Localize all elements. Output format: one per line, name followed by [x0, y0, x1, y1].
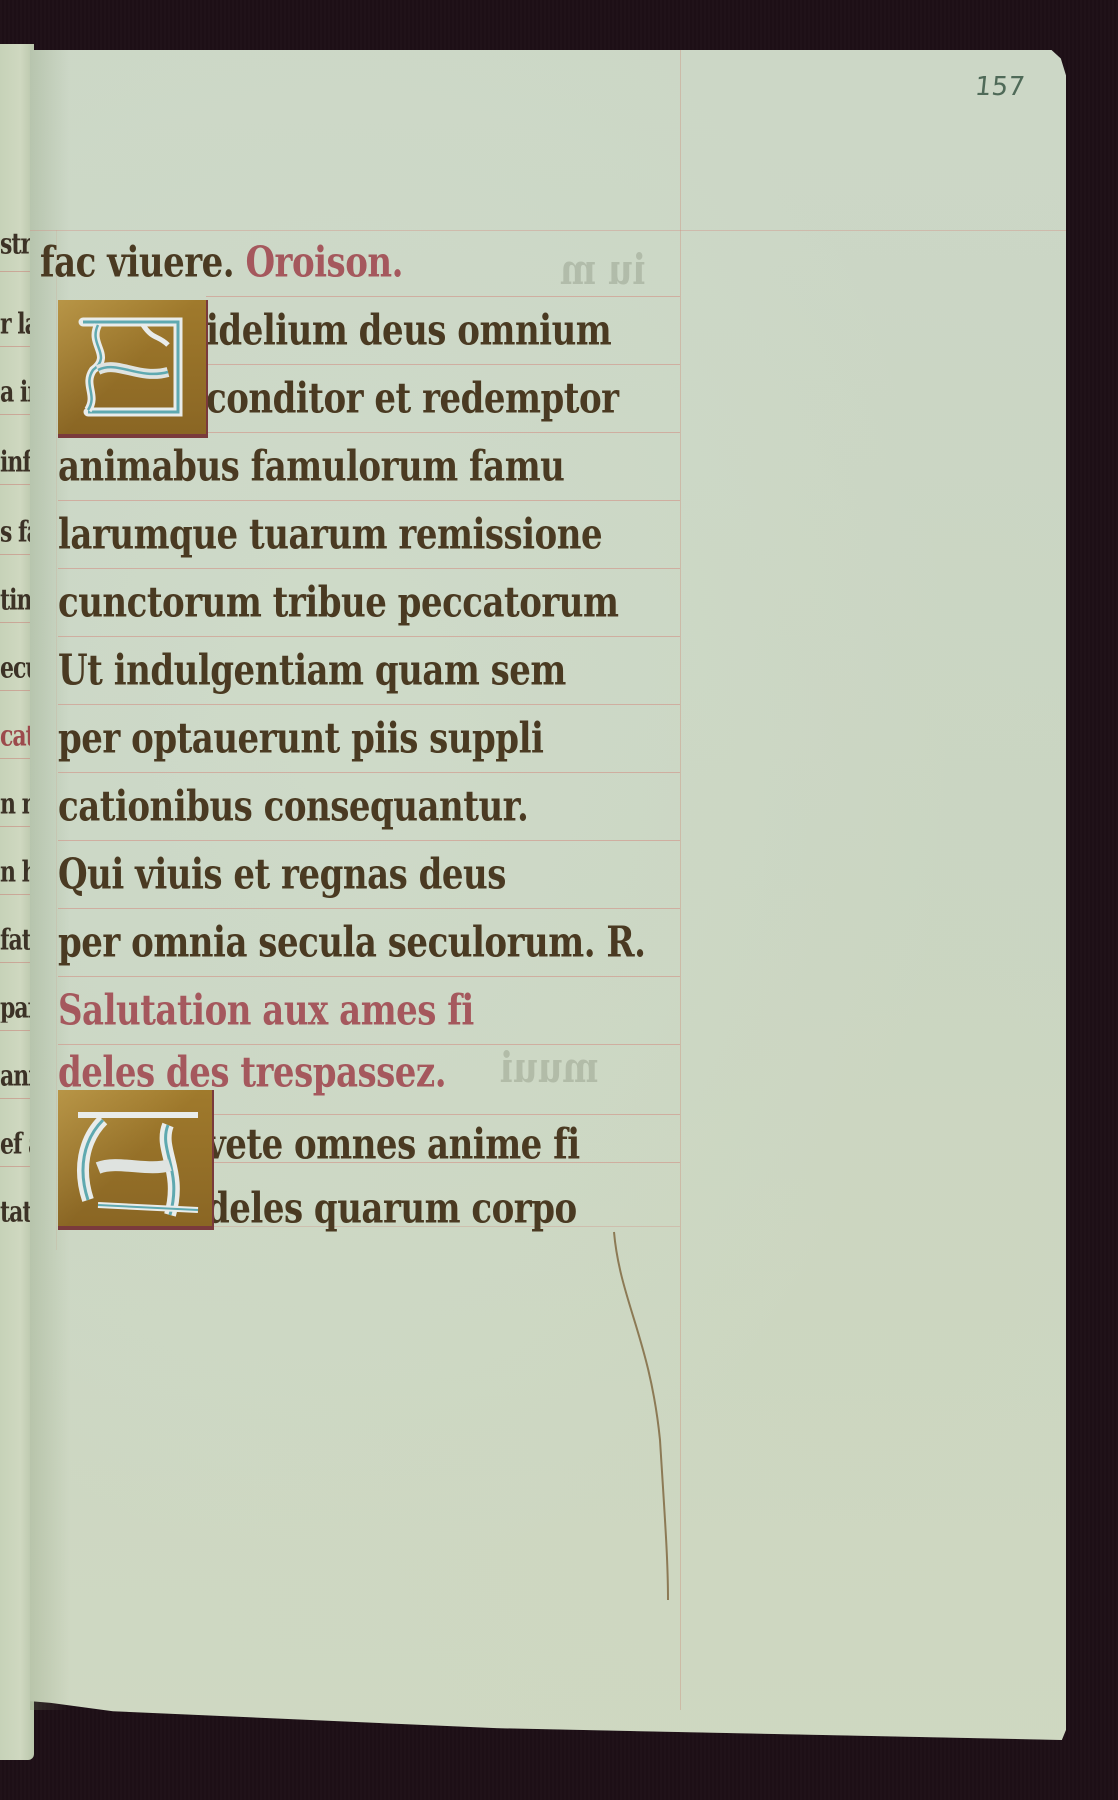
facing-text-fragment: n ho [0, 858, 34, 887]
facing-ruling [0, 758, 34, 759]
rubric-line-1: Salutation aux ames fi [58, 990, 474, 1033]
folio-number: 157 [973, 72, 1026, 102]
text-line-3: conditor et redemptor [206, 378, 619, 421]
facing-ruling [0, 962, 34, 963]
text-line-8: per optauerunt piis suppli [58, 718, 543, 761]
ruling-line [206, 364, 680, 365]
text-line-7: Ut indulgentiam quam sem [58, 650, 566, 693]
rubric-heading-oroison: Oroison. [245, 238, 403, 288]
facing-text-fragment: a ini [0, 378, 34, 407]
text-line-14: vete omnes anime fi [206, 1124, 580, 1167]
text-line-1: fac viuere. Oroison. [40, 242, 403, 285]
facing-ruling [0, 271, 34, 272]
facing-text-fragment: r la [0, 310, 34, 339]
text-line-5: larumque tuarum remissione [58, 514, 602, 557]
facing-ruling [0, 622, 34, 623]
facing-text-fragment: s fact [0, 518, 34, 547]
ruling-line [58, 840, 680, 841]
ruling-line [206, 296, 680, 297]
facing-ruling [0, 1166, 34, 1167]
facing-ruling [0, 1030, 34, 1031]
ruling-top-line [30, 230, 1066, 231]
facing-text-fragment: tinicl [0, 586, 34, 615]
facing-text-fragment: infera [0, 448, 34, 477]
facing-ruling [0, 554, 34, 555]
illuminated-initial-2 [58, 1090, 214, 1230]
facing-text-fragment: fatur [0, 926, 34, 955]
rubric-line-2: deles des trespassez. [58, 1052, 446, 1095]
show-through-text: iu m [560, 245, 645, 295]
facing-text-fragment: pari [0, 994, 34, 1023]
facing-ruling [0, 484, 34, 485]
facing-text-fragment: tatu [0, 1198, 34, 1227]
facing-text-fragment: anne [0, 1062, 34, 1091]
ruling-line [58, 568, 680, 569]
ruling-line [58, 908, 680, 909]
ruling-line [58, 976, 680, 977]
text-line-6: cunctorum tribue peccatorum [58, 582, 619, 625]
text-line-10: Qui viuis et regnas deus [58, 854, 506, 897]
facing-ruling [0, 690, 34, 691]
text-line-4: animabus famulorum famu [58, 446, 564, 489]
facing-ruling [0, 1098, 34, 1099]
text-line-9: cationibus consequantur. [58, 786, 528, 829]
text-line-11: per omnia secula seculorum. R. [58, 922, 645, 965]
ruling-line [58, 500, 680, 501]
facing-ruling [0, 414, 34, 415]
facing-ruling [0, 826, 34, 827]
text-segment: fac viuere. [40, 238, 245, 288]
foliate-letter-icon [58, 1090, 214, 1230]
text-line-2: idelium deus omnium [206, 310, 611, 353]
descender-flourish [600, 1220, 690, 1600]
ruling-line [58, 772, 680, 773]
facing-ruling [0, 346, 34, 347]
ruling-left-margin [56, 230, 57, 1250]
facing-rubric-fragment: catu [0, 722, 34, 751]
facing-page-edge: stra r la a ini infera s fact tinicl ecu… [0, 44, 34, 1760]
facing-ruling [0, 894, 34, 895]
show-through-text: muui [500, 1043, 598, 1093]
ruling-line [58, 704, 680, 705]
foliate-letter-icon [58, 300, 208, 438]
illuminated-initial-1 [58, 300, 208, 438]
text-line-15: deles quarum corpo [206, 1188, 577, 1231]
facing-text-fragment: n ma [0, 790, 34, 819]
facing-text-fragment: ecui [0, 654, 34, 683]
facing-text-fragment: ef a [0, 1130, 34, 1159]
ruling-line [58, 636, 680, 637]
facing-text-fragment: stra [0, 230, 34, 259]
